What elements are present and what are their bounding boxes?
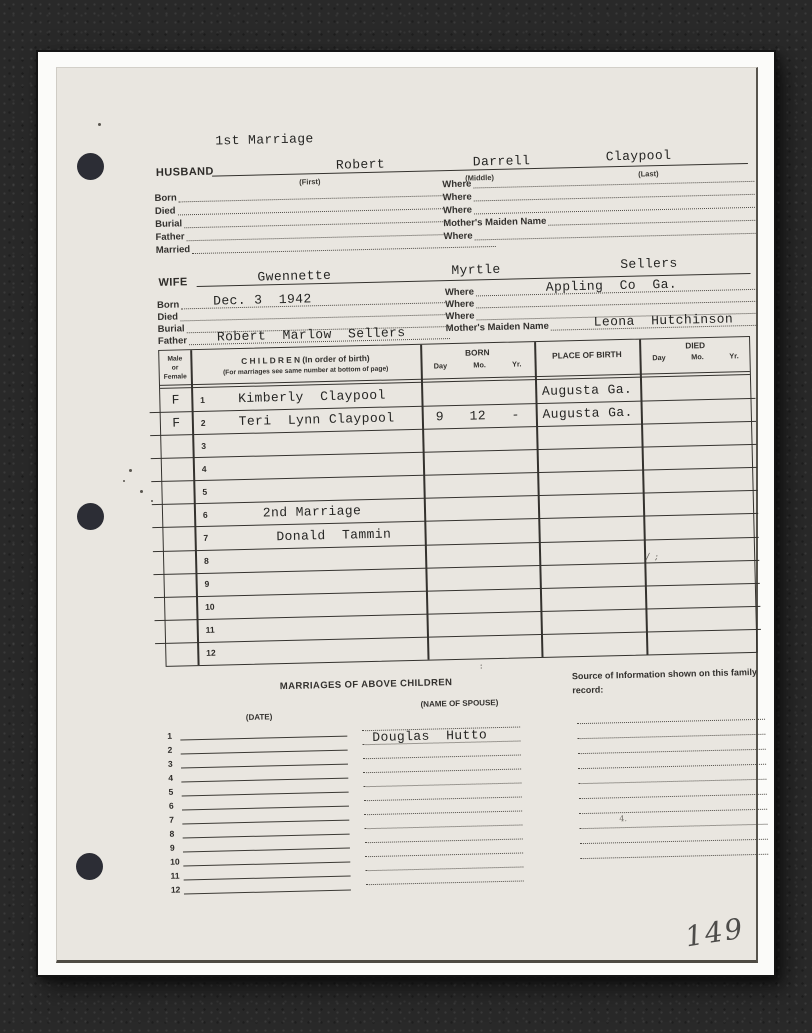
- spouse-name-value: Douglas Hutto: [372, 727, 487, 745]
- hole-punch-middle: [77, 503, 104, 530]
- dust-speck: [123, 480, 125, 482]
- scanned-sheet: 1st Marriage HUSBAND Robert Darrell Clay…: [56, 67, 758, 963]
- spouse-line: [364, 786, 522, 801]
- husband-first-name: Robert: [336, 157, 386, 173]
- marriage-date-row: 12: [171, 881, 351, 895]
- marriage-date-row: 6: [169, 797, 349, 811]
- scan-artifact: / ;: [646, 552, 658, 562]
- dust-speck: [151, 500, 153, 502]
- date-column-label: (DATE): [246, 712, 273, 722]
- marriage-date-row: 2: [167, 741, 347, 755]
- spouse-line: [365, 828, 523, 843]
- marriage-date-row: 1: [167, 727, 347, 741]
- marriage-date-row: 4: [168, 769, 348, 783]
- wife-born-value: Dec. 3 1942: [213, 291, 312, 308]
- marriage-date-row: 9: [170, 839, 350, 853]
- family-record-form: 1st Marriage HUSBAND Robert Darrell Clay…: [153, 117, 771, 923]
- wife-mother-maiden-value: Leona Hutchinson: [594, 311, 734, 329]
- children-table: Male or Female C H I L D R E N (In order…: [158, 336, 757, 667]
- children-column-header: C H I L D R E N (In order of birth) (For…: [190, 352, 420, 378]
- wife-father-value: Robert Marlow Sellers: [217, 325, 406, 344]
- source-line: [579, 784, 767, 799]
- spouse-line: [364, 800, 522, 815]
- source-line: [578, 739, 766, 754]
- wife-birthplace-value: Appling Co Ga.: [546, 277, 678, 295]
- wife-middle-name: Myrtle: [451, 262, 501, 278]
- dust-speck: [140, 490, 143, 493]
- spouse-line: [363, 773, 521, 788]
- marriage-date-row: 8: [169, 825, 349, 839]
- marriage-date-row: 3: [168, 755, 348, 769]
- wife-first-name: Gwennette: [257, 268, 331, 285]
- marriage-date-row: 5: [168, 783, 348, 797]
- spouse-line: [364, 814, 522, 829]
- photo-mat: 1st Marriage HUSBAND Robert Darrell Clay…: [36, 50, 776, 977]
- source-line: [577, 709, 765, 724]
- spouse-line: [363, 745, 521, 760]
- marriage-heading: 1st Marriage: [215, 131, 314, 148]
- sex-column-header: Male or Female: [159, 354, 191, 382]
- source-line: [580, 844, 768, 859]
- hole-punch-top: [77, 153, 104, 180]
- husband-last-name: Claypool: [606, 148, 672, 165]
- marriage-date-row: 10: [170, 853, 350, 867]
- source-line: [579, 799, 767, 814]
- spouse-line: [365, 842, 523, 857]
- dust-speck: [98, 123, 101, 126]
- died-column-header: DIED Day Mo. Yr.: [639, 339, 751, 363]
- spouse-line: [366, 870, 524, 885]
- spouse-line: [363, 759, 521, 774]
- source-line: [580, 829, 768, 844]
- born-column-header: BORN Day Mo. Yr.: [420, 346, 534, 371]
- husband-label: HUSBAND: [156, 166, 214, 179]
- page-number-handwritten: 149: [683, 912, 747, 954]
- source-of-information-label: Source of Information shown on this fami…: [572, 666, 771, 698]
- husband-middle-name: Darrell: [473, 153, 531, 169]
- hole-punch-bottom: [76, 853, 103, 880]
- first-sublabel: (First): [299, 177, 320, 186]
- wife-last-name: Sellers: [620, 256, 678, 272]
- dust-speck: [129, 469, 132, 472]
- source-line: [578, 769, 766, 784]
- spouse-line: [365, 856, 523, 871]
- marriage-date-row: 7: [169, 811, 349, 825]
- source-line: [578, 754, 766, 769]
- spouse-column-label: (NAME OF SPOUSE): [420, 698, 498, 709]
- marriage-date-row: 11: [170, 867, 350, 881]
- source-line: [579, 814, 767, 829]
- wife-label: WIFE: [158, 276, 187, 289]
- place-column-header: PLACE OF BIRTH: [534, 349, 639, 361]
- marriages-title: MARRIAGES OF ABOVE CHILDREN: [226, 676, 506, 694]
- source-line: [577, 724, 765, 739]
- children-table-body: F 1 Kimberly Claypool Augusta Ga. F 2 Te…: [160, 375, 756, 666]
- scan-artifact: :: [480, 661, 483, 671]
